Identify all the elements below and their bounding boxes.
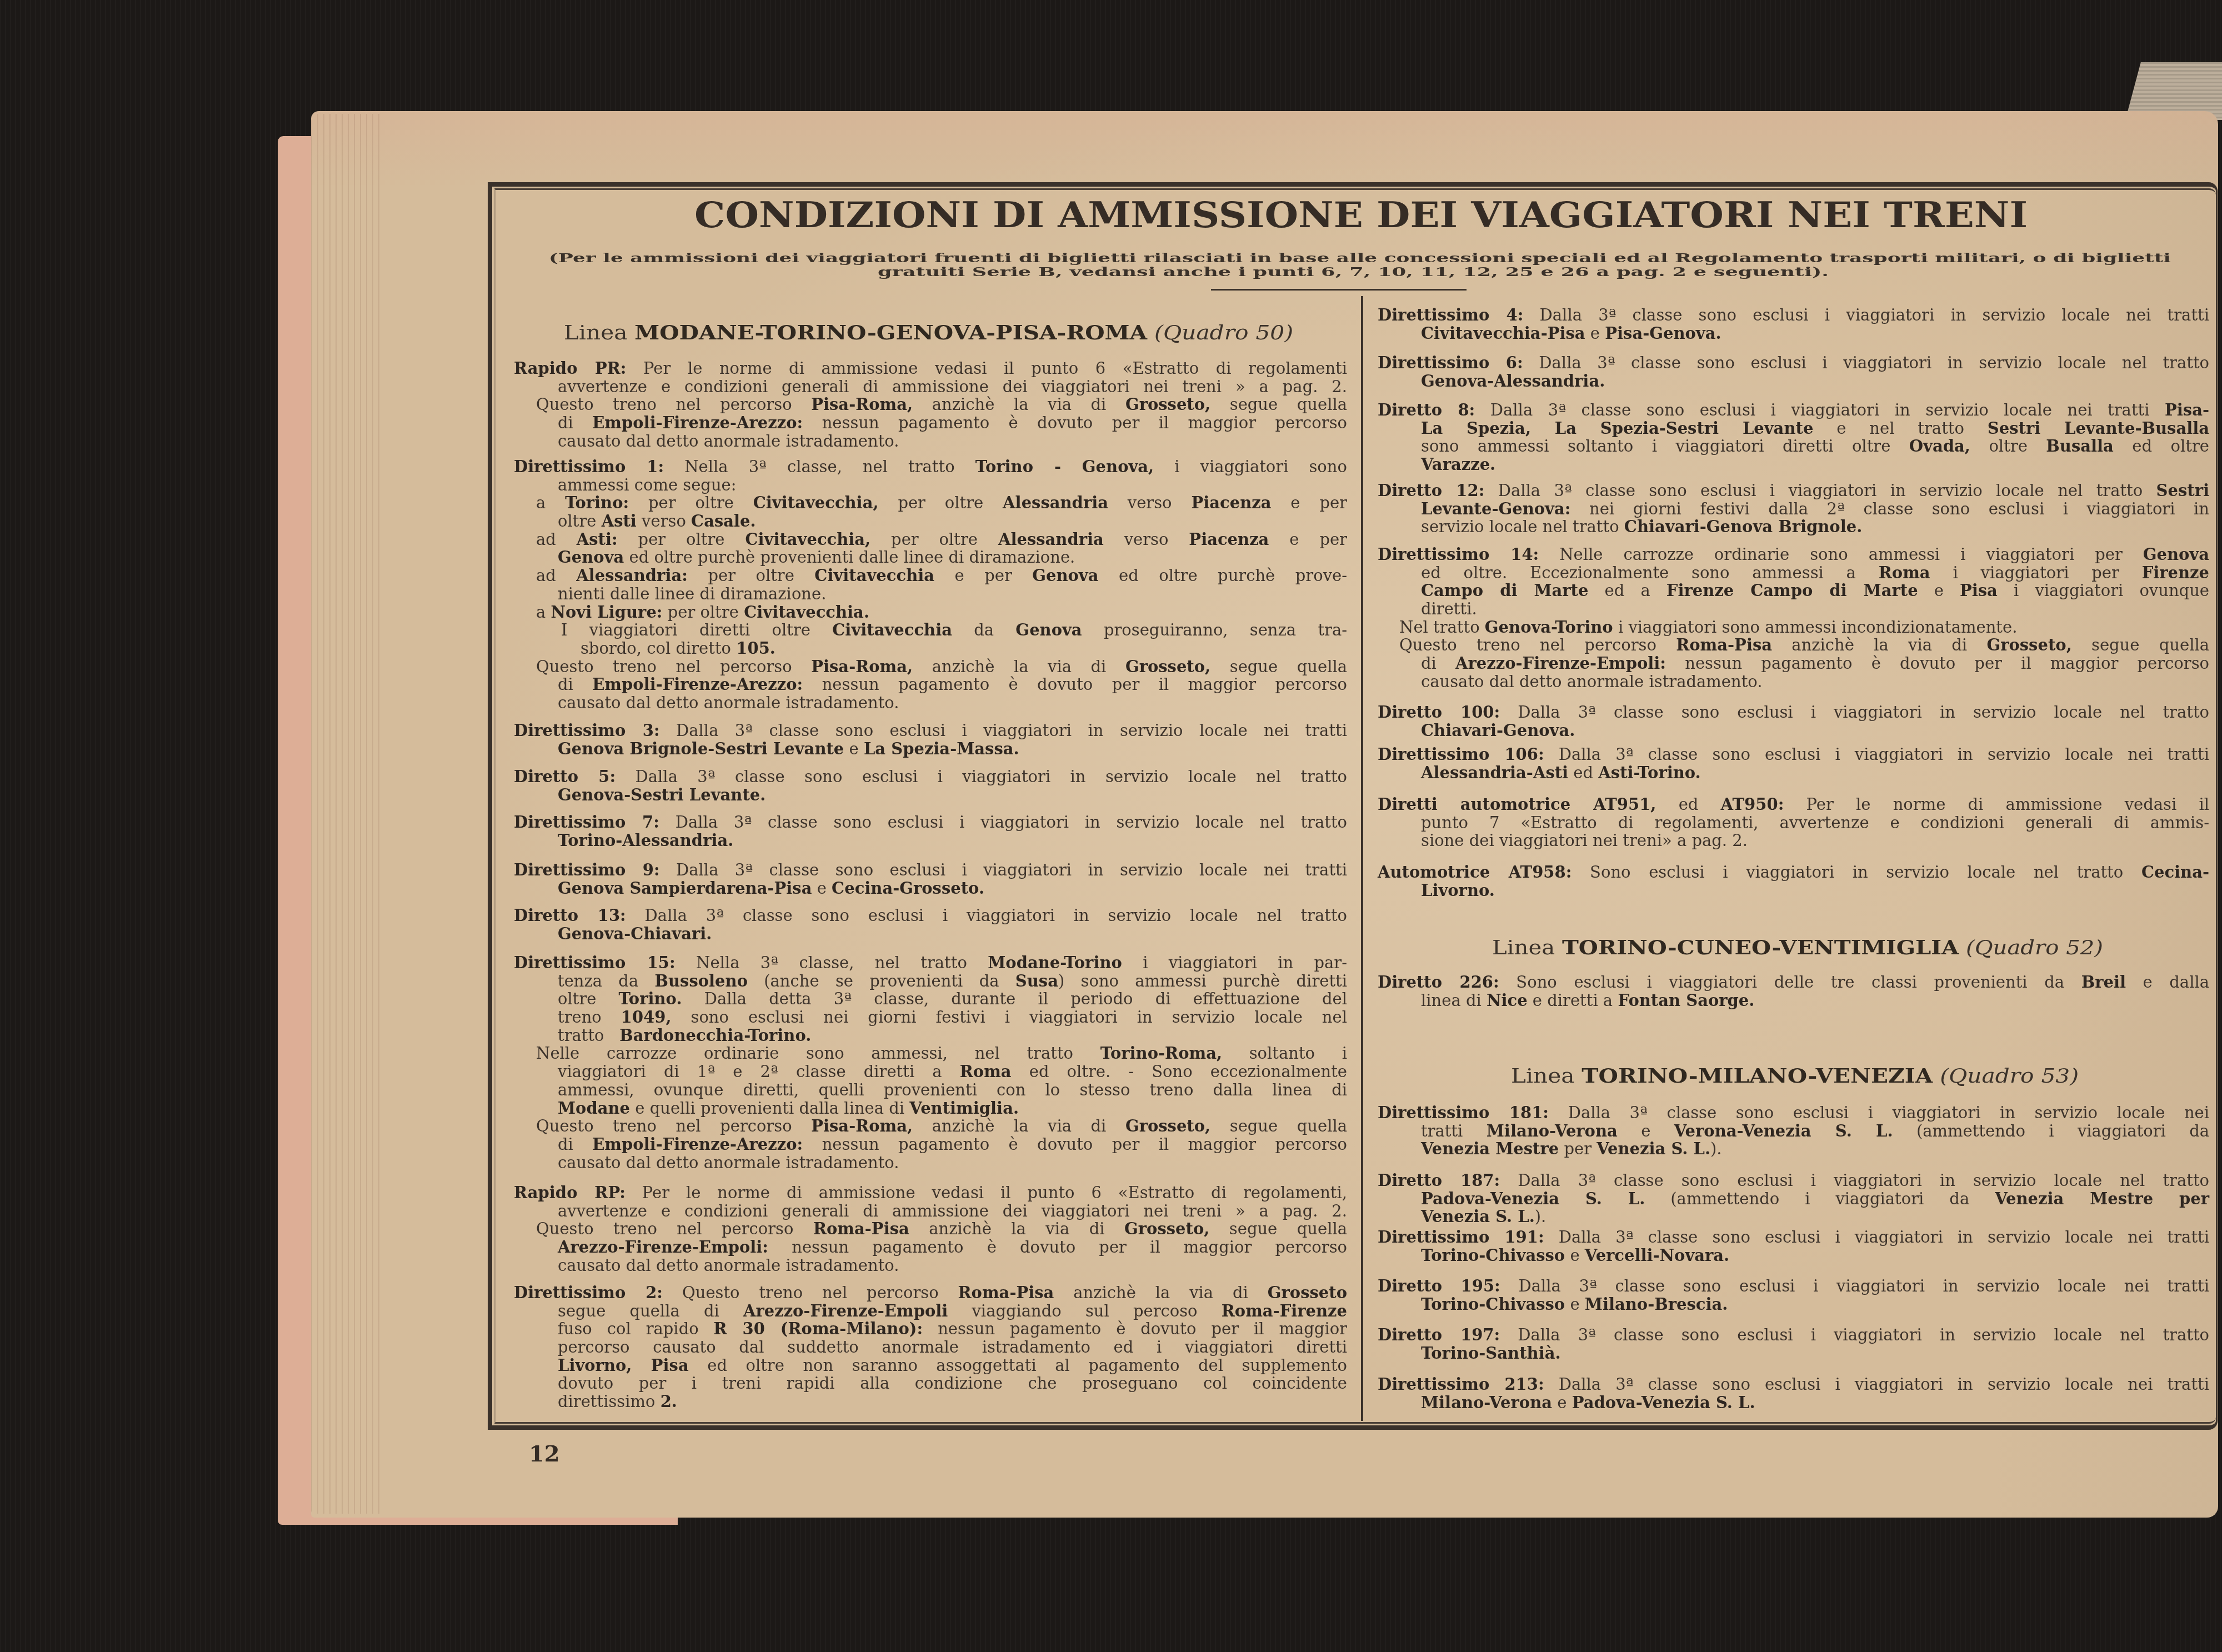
entry-diretto-13: Diretto 13: Dalla 3ª classe sono esclusi…	[514, 907, 1347, 943]
heading-quadro-ref: (Quadro 52)	[1966, 937, 2103, 959]
heading-line-name: TORINO-MILANO-VENEZIA	[1582, 1065, 1933, 1088]
text-line: Direttissimo 15: Nella 3ª classe, nel tr…	[514, 954, 1347, 972]
text-line: I viaggiatori diretti oltre Civitavecchi…	[561, 621, 1347, 639]
column-divider	[1361, 296, 1363, 1421]
text-line: Genova-Alessandria.	[1421, 372, 2209, 391]
text-line: causato dal detto anormale istradamento.	[558, 694, 1347, 712]
text-line: Chiavari-Genova.	[1421, 722, 2209, 740]
entry-direttissimo-9: Direttissimo 9: Dalla 3ª classe sono esc…	[514, 861, 1347, 897]
text-line: Diretto 13: Dalla 3ª classe sono esclusi…	[514, 907, 1347, 925]
heading-quadro-ref: (Quadro 50)	[1154, 322, 1293, 344]
entry-direttissimo-15: Direttissimo 15: Nella 3ª classe, nel tr…	[514, 954, 1347, 1172]
text-line: di Arezzo-Firenze-Empoli: nessun pagamen…	[1421, 654, 2209, 673]
section-heading-quadro-50: Linea MODANE-TORINO-GENOVA-PISA-ROMA (Qu…	[564, 321, 1293, 346]
text-line: di Empoli-Firenze-Arezzo: nessun pagamen…	[558, 414, 1347, 432]
text-line: Diretto 197: Dalla 3ª classe sono esclus…	[1378, 1326, 2209, 1344]
text-line: di Empoli-Firenze-Arezzo: nessun pagamen…	[558, 1135, 1347, 1154]
entry-diretto-195: Diretto 195: Dalla 3ª classe sono esclus…	[1378, 1277, 2209, 1313]
text-line: servizio locale nel tratto Chiavari-Geno…	[1421, 518, 2209, 536]
page-title-text: CONDIZIONI DI AMMISSIONE DEI VIAGGIATORI…	[694, 196, 2028, 236]
text-line: punto 7 «Estratto di regolamenti, avvert…	[1421, 814, 2209, 832]
text-line: ammessi, ovunque diretti, quelli proveni…	[558, 1081, 1347, 1099]
entry-direttissimo-191: Direttissimo 191: Dalla 3ª classe sono e…	[1378, 1228, 2209, 1264]
text-line: Diretto 12: Dalla 3ª classe sono esclusi…	[1378, 482, 2209, 500]
text-line: Venezia S. L.).	[1421, 1208, 2209, 1226]
entry-direttissimo-3: Direttissimo 3: Dalla 3ª classe sono esc…	[514, 722, 1347, 758]
text-line: Diretto 187: Dalla 3ª classe sono esclus…	[1378, 1172, 2209, 1190]
text-line: causato dal detto anormale istradamento.	[558, 432, 1347, 450]
heading-prefix: Linea	[1492, 937, 1555, 959]
subtitle-line-2: gratuiti Serie B, vedansi anche i punti …	[878, 265, 1829, 279]
text-line: Arezzo-Firenze-Empoli: nessun pagamento …	[558, 1238, 1347, 1256]
text-line: Direttissimo 2: Questo treno nel percors…	[514, 1284, 1347, 1302]
text-line: ad Alessandria: per oltre Civitavecchia …	[536, 567, 1347, 585]
text-line: ad Asti: per oltre Civitavecchia, per ol…	[536, 530, 1347, 549]
text-line: direttissimo 2.	[558, 1393, 1347, 1411]
text-line: a Novi Ligure: per oltre Civitavecchia.	[536, 603, 1347, 622]
entry-diretto-187: Diretto 187: Dalla 3ª classe sono esclus…	[1378, 1172, 2209, 1226]
text-line: Diretto 100: Dalla 3ª classe sono esclus…	[1378, 703, 2209, 722]
text-line: tratto Bardonecchia-Torino.	[558, 1027, 1347, 1045]
entry-direttissimo-14: Direttissimo 14: Nelle carrozze ordinari…	[1378, 545, 2209, 691]
text-line: Nel tratto Genova-Torino i viaggiatori s…	[1399, 618, 2209, 637]
text-line: tratti Milano-Verona e Verona-Venezia S.…	[1421, 1122, 2209, 1140]
entry-diretto-8: Diretto 8: Dalla 3ª classe sono esclusi …	[1378, 401, 2209, 474]
entry-direttissimo-7: Direttissimo 7: Dalla 3ª classe sono esc…	[514, 813, 1347, 849]
text-line: La Spezia, La Spezia-Sestri Levante e ne…	[1421, 419, 2209, 438]
text-line: sione dei viaggiatori nei treni» a pag. …	[1421, 832, 2209, 850]
text-line: treno 1049, sono esclusi nei giorni fest…	[558, 1008, 1347, 1027]
text-line: nienti dalle linee di diramazione.	[558, 585, 1347, 603]
text-line: Direttissimo 4: Dalla 3ª classe sono esc…	[1378, 306, 2209, 324]
text-line: Direttissimo 191: Dalla 3ª classe sono e…	[1378, 1228, 2209, 1246]
subtitle-line-1: (Per le ammissioni dei viaggiatori fruen…	[549, 251, 2171, 266]
text-line: Direttissimo 7: Dalla 3ª classe sono esc…	[514, 813, 1347, 832]
text-line: Torino-Alessandria.	[558, 832, 1347, 850]
text-line: sono ammessi soltanto i viaggiatori dire…	[1421, 437, 2209, 455]
text-line: Direttissimo 1: Nella 3ª classe, nel tra…	[514, 458, 1347, 476]
heading-quadro-ref: (Quadro 53)	[1940, 1065, 2079, 1088]
entry-diretto-100: Diretto 100: Dalla 3ª classe sono esclus…	[1378, 703, 2209, 739]
text-line: sbordo, col diretto 105.	[580, 639, 1347, 658]
text-line: Genova Brignole-Sestri Levante e La Spez…	[558, 740, 1347, 758]
text-line: Varazze.	[1421, 455, 2209, 474]
entry-automotrice-at958: Automotrice AT958: Sono esclusi i viaggi…	[1378, 863, 2209, 899]
text-line: Diretti automotrice AT951, ed AT950: Per…	[1378, 795, 2209, 814]
text-line: Genova ed oltre purchè provenienti dalle…	[558, 548, 1347, 567]
text-line: Venezia Mestre per Venezia S. L.).	[1421, 1140, 2209, 1158]
header-divider	[1211, 289, 1467, 291]
text-line: Torino-Chivasso e Milano-Brescia.	[1421, 1295, 2209, 1314]
text-line: Automotrice AT958: Sono esclusi i viaggi…	[1378, 863, 2209, 882]
entry-diretto-226: Diretto 226: Sono esclusi i viaggiatori …	[1378, 973, 2209, 1009]
subtitle-text: (Per le ammissioni dei viaggiatori fruen…	[549, 251, 2171, 266]
text-line: tenza da Bussoleno (anche se provenienti…	[558, 972, 1347, 990]
heading-prefix: Linea	[564, 322, 627, 344]
text-line: diretti.	[1421, 600, 2209, 618]
entry-direttissimo-1: Direttissimo 1: Nella 3ª classe, nel tra…	[514, 458, 1347, 712]
text-line: Questo treno nel percorso Pisa-Roma, anz…	[536, 658, 1347, 676]
entry-diretto-12: Diretto 12: Dalla 3ª classe sono esclusi…	[1378, 482, 2209, 536]
text-line: Rapido RP: Per le norme di ammissione ve…	[514, 1184, 1347, 1202]
text-line: Torino-Chivasso e Vercelli-Novara.	[1421, 1246, 2209, 1265]
text-line: Questo treno nel percorso Roma-Pisa anzi…	[536, 1220, 1347, 1238]
entry-direttissimo-4: Direttissimo 4: Dalla 3ª classe sono esc…	[1378, 306, 2209, 342]
text-line: Nelle carrozze ordinarie sono ammessi, n…	[536, 1044, 1347, 1063]
text-line: Diretto 8: Dalla 3ª classe sono esclusi …	[1378, 401, 2209, 419]
text-line: oltre Asti verso Casale.	[558, 512, 1347, 530]
text-line: Modane e quelli provenienti dalla linea …	[558, 1099, 1347, 1118]
text-line: ed oltre. Eccezionalmente sono ammessi a…	[1421, 564, 2209, 582]
subtitle-text: gratuiti Serie B, vedansi anche i punti …	[878, 265, 1829, 279]
entry-direttissimo-181: Direttissimo 181: Dalla 3ª classe sono e…	[1378, 1104, 2209, 1158]
text-line: Campo di Marte ed a Firenze Campo di Mar…	[1421, 582, 2209, 600]
text-line: oltre Torino. Dalla detta 3ª classe, dur…	[558, 990, 1347, 1008]
text-line: percorso causato dal suddetto anormale i…	[558, 1338, 1347, 1356]
entry-direttissimo-213: Direttissimo 213: Dalla 3ª classe sono e…	[1378, 1375, 2209, 1411]
page-number: 12	[529, 1442, 560, 1466]
text-line: Padova-Venezia S. L. (ammettendo i viagg…	[1421, 1190, 2209, 1208]
text-line: Questo treno nel percorso Pisa-Roma, anz…	[536, 396, 1347, 414]
heading-prefix: Linea	[1511, 1065, 1574, 1088]
text-line: Direttissimo 6: Dalla 3ª classe sono esc…	[1378, 354, 2209, 372]
text-line: Diretto 195: Dalla 3ª classe sono esclus…	[1378, 1277, 2209, 1295]
text-line: a Torino: per oltre Civitavecchia, per o…	[536, 494, 1347, 512]
text-line: Levante-Genova: nei giorni festivi dalla…	[1421, 500, 2209, 518]
text-line: Direttissimo 9: Dalla 3ª classe sono esc…	[514, 861, 1347, 879]
text-line: fuso col rapido R 30 (Roma-Milano): ness…	[558, 1320, 1347, 1338]
text-line: causato dal detto anormale istradamento.	[558, 1256, 1347, 1275]
section-heading-quadro-53: Linea TORINO-MILANO-VENEZIA (Quadro 53)	[1511, 1064, 2079, 1089]
text-line: avvertenze e condizioni generali di ammi…	[558, 1202, 1347, 1220]
text-line: Diretto 226: Sono esclusi i viaggiatori …	[1378, 973, 2209, 992]
text-line: causato dal detto anormale istradamento.	[558, 1154, 1347, 1172]
entry-automotrice-at951-at950: Diretti automotrice AT951, ed AT950: Per…	[1378, 795, 2209, 850]
text-line: Rapido PR: Per le norme di ammissione ve…	[514, 359, 1347, 378]
text-line: avvertenze e condizioni generali di ammi…	[558, 378, 1347, 396]
entry-direttissimo-106: Direttissimo 106: Dalla 3ª classe sono e…	[1378, 745, 2209, 782]
text-line: Direttissimo 14: Nelle carrozze ordinari…	[1378, 545, 2209, 564]
text-line: Direttissimo 213: Dalla 3ª classe sono e…	[1378, 1375, 2209, 1394]
text-line: Questo treno nel percorso Roma-Pisa anzi…	[1399, 636, 2209, 654]
section-heading-quadro-52: Linea TORINO-CUNEO-VENTIMIGLIA (Quadro 5…	[1492, 936, 2103, 960]
text-line: Direttissimo 3: Dalla 3ª classe sono esc…	[514, 722, 1347, 740]
heading-line-name: TORINO-CUNEO-VENTIMIGLIA	[1562, 937, 1959, 959]
heading-line-name: MODANE-TORINO-GENOVA-PISA-ROMA	[634, 322, 1147, 344]
text-line: causato dal detto anormale istradamento.	[1421, 673, 2209, 691]
page-title: CONDIZIONI DI AMMISSIONE DEI VIAGGIATORI…	[694, 196, 2028, 236]
entry-direttissimo-6: Direttissimo 6: Dalla 3ª classe sono esc…	[1378, 354, 2209, 390]
entry-rapido-rp: Rapido RP: Per le norme di ammissione ve…	[514, 1184, 1347, 1274]
text-line: Alessandria-Asti ed Asti-Torino.	[1421, 764, 2209, 782]
text-line: ammessi come segue:	[558, 476, 1347, 494]
page-edge-texture	[311, 114, 383, 1514]
text-line: Livorno, Pisa ed oltre non saranno assog…	[558, 1356, 1347, 1375]
entry-diretto-5: Diretto 5: Dalla 3ª classe sono esclusi …	[514, 768, 1347, 804]
text-line: linea di Nice e diretti a Fontan Saorge.	[1421, 992, 2209, 1010]
text-line: Direttissimo 181: Dalla 3ª classe sono e…	[1378, 1104, 2209, 1122]
entry-direttissimo-2: Direttissimo 2: Questo treno nel percors…	[514, 1284, 1347, 1411]
text-line: Genova-Sestri Levante.	[558, 786, 1347, 804]
text-line: Questo treno nel percorso Pisa-Roma, anz…	[536, 1117, 1347, 1135]
text-line: segue quella di Arezzo-Firenze-Empoli vi…	[558, 1302, 1347, 1320]
text-line: Milano-Verona e Padova-Venezia S. L.	[1421, 1394, 2209, 1412]
text-line: Direttissimo 106: Dalla 3ª classe sono e…	[1378, 745, 2209, 764]
entry-diretto-197: Diretto 197: Dalla 3ª classe sono esclus…	[1378, 1326, 2209, 1362]
text-line: viaggiatori di 1ª e 2ª classe diretti a …	[558, 1063, 1347, 1081]
text-line: Livorno.	[1421, 882, 2209, 900]
text-line: di Empoli-Firenze-Arezzo: nessun pagamen…	[558, 675, 1347, 694]
text-line: Diretto 5: Dalla 3ª classe sono esclusi …	[514, 768, 1347, 786]
text-line: dovuto per i treni rapidi alla condizion…	[558, 1374, 1347, 1393]
text-line: Genova-Chiavari.	[558, 925, 1347, 943]
text-line: Civitavecchia-Pisa e Pisa-Genova.	[1421, 324, 2209, 343]
entry-rapido-pr: Rapido PR: Per le norme di ammissione ve…	[514, 359, 1347, 450]
text-line: Torino-Santhià.	[1421, 1344, 2209, 1363]
text-line: Genova Sampierdarena-Pisa e Cecina-Gross…	[558, 879, 1347, 898]
